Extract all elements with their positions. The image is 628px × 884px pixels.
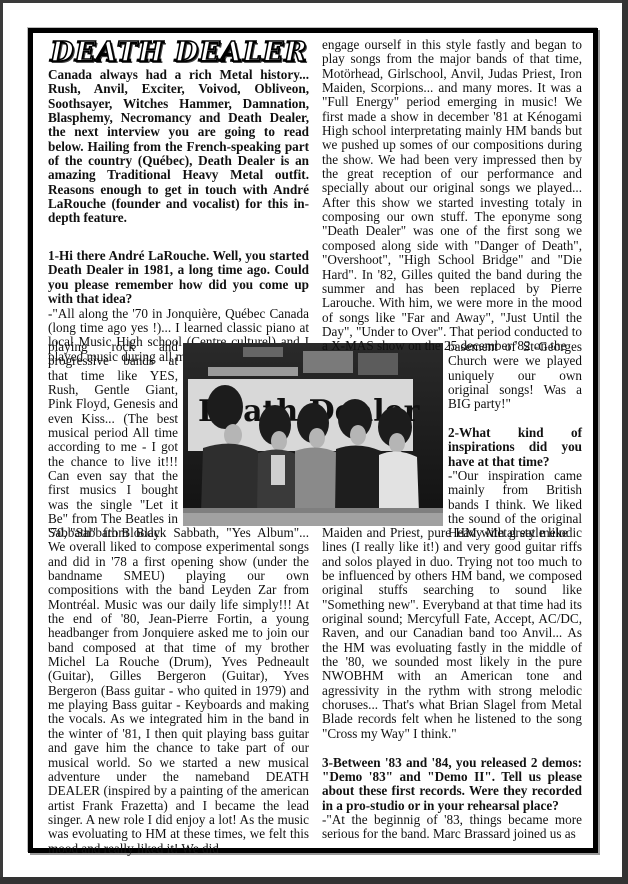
article-intro: Canada always had a rich Metal history..… xyxy=(48,68,309,226)
right-column-bottom: Maiden and Priest, pure HM with great me… xyxy=(322,526,582,842)
page-edge-left xyxy=(0,0,3,884)
answer-1-bottom: Sabbath" from Black Sabbath, "Yes Album"… xyxy=(48,526,309,856)
page-edge-right xyxy=(622,0,628,884)
page-edge-bottom xyxy=(0,877,628,884)
left-column-top: Canada always had a rich Metal history..… xyxy=(48,68,309,364)
answer-1-continued: engage ourself in this style fastly and … xyxy=(322,38,582,354)
right-column-top: engage ourself in this style fastly and … xyxy=(322,38,582,354)
article-title: DEATH DEALER xyxy=(48,37,310,69)
answer-1-end: basement of St-Georges Church were we pl… xyxy=(448,340,582,412)
answer-1-wrap-text: playing rock and progressive bands at th… xyxy=(48,340,178,541)
right-wrap: basement of St-Georges Church were we pl… xyxy=(448,340,582,541)
answer-3: -"At the beginnig of '83, things became … xyxy=(322,813,582,842)
band-photo: Death Dealer xyxy=(183,343,443,526)
question-3: 3-Between '83 and '84, you released 2 de… xyxy=(322,756,582,813)
page-edge-top xyxy=(0,0,628,3)
left-column-bottom: Sabbath" from Black Sabbath, "Yes Album"… xyxy=(48,526,309,856)
question-2: 2-What kind of inspirations did you have… xyxy=(448,426,582,469)
answer-2-bottom: Maiden and Priest, pure HM with great me… xyxy=(322,526,582,741)
question-1: 1-Hi there André LaRouche. Well, you sta… xyxy=(48,249,309,306)
band-photo-image: Death Dealer xyxy=(183,343,443,526)
answer-1-wrap: playing rock and progressive bands at th… xyxy=(48,340,178,541)
